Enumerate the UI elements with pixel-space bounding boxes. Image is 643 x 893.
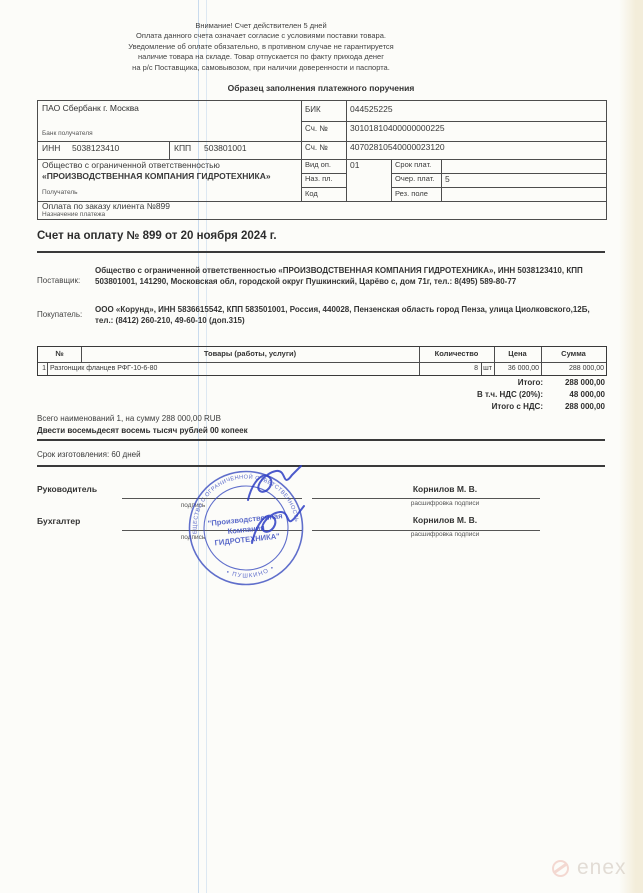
amount-in-words: Двести восемьдесят восемь тысяч рублей 0… — [37, 426, 248, 435]
accountant-label: Бухгалтер — [37, 517, 80, 527]
notice-line: Уведомление об оплате обязательно, в про… — [115, 42, 407, 52]
ocher-plat-value: 5 — [445, 175, 450, 185]
invoice-title: Счет на оплату № 899 от 20 ноября 2024 г… — [37, 230, 277, 243]
page-edge-shade — [619, 0, 643, 893]
kpp-value: 503801001 — [204, 144, 247, 154]
item-price: 36 000,00 — [494, 365, 539, 373]
watermark-logo-icon — [552, 860, 569, 877]
director-name: Корнилов М. В. — [380, 485, 510, 495]
bank-name-caption: Банк получателя — [42, 130, 93, 137]
notice-line: Оплата данного счета означает согласие с… — [115, 31, 407, 41]
company-stamp: ОБЩЕСТВО С ОГРАНИЧЕННОЙ ОТВЕТСТВЕННОСТЬЮ… — [170, 455, 330, 605]
naz-pl-label: Наз. пл. — [305, 175, 333, 184]
total-label: Итого: — [518, 377, 543, 389]
buyer-label: Покупатель: — [37, 310, 82, 319]
watermark-text: enex — [577, 856, 627, 880]
production-time: Срок изготовления: 60 дней — [37, 450, 141, 459]
kod-label: Код — [305, 190, 318, 199]
divider — [37, 251, 605, 253]
payment-purpose-caption: Назначение платежа — [42, 211, 105, 218]
director-label: Руководитель — [37, 485, 97, 495]
srok-plat-label: Срок плат. — [395, 161, 431, 170]
ocher-plat-label: Очер. плат. — [395, 175, 434, 184]
bank-name: ПАО Сбербанк г. Москва — [42, 104, 139, 114]
items-count-line: Всего наименований 1, на сумму 288 000,0… — [37, 414, 221, 423]
grid-line — [346, 101, 347, 201]
item-unit: шт — [481, 365, 492, 373]
total-value: 288 000,00 — [543, 377, 605, 389]
divider — [37, 439, 605, 441]
notice-line: наличие товара на складе. Товар отпускае… — [115, 52, 407, 62]
inn-label: ИНН — [42, 144, 60, 154]
receiver-caption: Получатель — [42, 189, 78, 196]
grid-line — [38, 141, 606, 142]
notice-line: на р/с Поставщика, самовывозом, при нали… — [115, 63, 407, 73]
invoice-scan-page: Внимание! Счет действителен 5 дней Оплат… — [0, 0, 643, 893]
col-header-price: Цена — [494, 350, 541, 359]
total-value: 48 000,00 — [543, 389, 605, 401]
item-num: 1 — [38, 365, 46, 373]
vid-op-value: 01 — [350, 161, 359, 171]
col-header-sum: Сумма — [541, 350, 606, 359]
name-caption: расшифровка подписи — [380, 531, 510, 538]
bik-label: БИК — [305, 105, 321, 114]
corr-account-label: Сч. № — [305, 124, 328, 133]
grid-line — [391, 187, 606, 188]
inn-value: 5038123410 — [72, 144, 119, 154]
grid-line — [301, 187, 346, 188]
total-label: В т.ч. НДС (20%): — [477, 389, 543, 401]
notice-line: Внимание! Счет действителен 5 дней — [115, 21, 407, 31]
col-header-num: № — [38, 350, 81, 359]
kpp-label: КПП — [174, 144, 191, 154]
grid-line — [391, 159, 392, 201]
grid-line — [301, 101, 302, 201]
grid-line — [301, 121, 606, 122]
watermark: enex — [552, 856, 627, 880]
total-row: Итого: 288 000,00 — [350, 377, 605, 389]
payment-notice: Внимание! Счет действителен 5 дней Оплат… — [115, 21, 407, 73]
rez-pole-label: Рез. поле — [395, 190, 428, 199]
bank-details-table: ПАО Сбербанк г. Москва Банк получателя Б… — [37, 100, 607, 220]
grid-line — [169, 141, 170, 159]
account-label: Сч. № — [305, 143, 328, 152]
name-caption: расшифровка подписи — [380, 500, 510, 507]
accountant-name: Корнилов М. В. — [380, 516, 510, 526]
totals-block: Итого: 288 000,00 В т.ч. НДС (20%): 48 0… — [350, 377, 605, 414]
col-header-name: Товары (работы, услуги) — [81, 350, 419, 359]
supplier-value: Общество с ограниченной ответственностью… — [95, 266, 607, 288]
grid-line — [441, 159, 442, 201]
item-name: Разгонщик фланцев РФГ-10-6-80 — [50, 365, 157, 373]
total-value: 288 000,00 — [543, 401, 605, 413]
sample-order-title: Образец заполнения платежного поручения — [37, 84, 605, 94]
items-table: № Товары (работы, услуги) Количество Цен… — [37, 346, 607, 376]
buyer-value: ООО «Корунд», ИНН 5836615542, КПП 583501… — [95, 305, 607, 327]
total-label: Итого с НДС: — [492, 401, 543, 413]
supplier-label: Поставщик: — [37, 276, 80, 285]
receiver-line2: «ПРОИЗВОДСТВЕННАЯ КОМПАНИЯ ГИДРОТЕХНИКА» — [42, 172, 271, 182]
item-qty: 8 — [419, 365, 478, 373]
account-value: 40702810540000023120 — [350, 143, 445, 153]
grid-line — [47, 362, 48, 375]
bik-value: 044525225 — [350, 105, 393, 115]
item-sum: 288 000,00 — [541, 365, 604, 373]
receiver-line1: Общество с ограниченной ответственностью — [42, 161, 220, 171]
total-row: Итого с НДС: 288 000,00 — [350, 401, 605, 413]
total-row: В т.ч. НДС (20%): 48 000,00 — [350, 389, 605, 401]
vid-op-label: Вид оп. — [305, 161, 331, 170]
grid-line — [38, 362, 606, 363]
col-header-qty: Количество — [419, 350, 494, 359]
corr-account-value: 30101810400000000225 — [350, 124, 445, 134]
signature-line — [312, 498, 540, 499]
